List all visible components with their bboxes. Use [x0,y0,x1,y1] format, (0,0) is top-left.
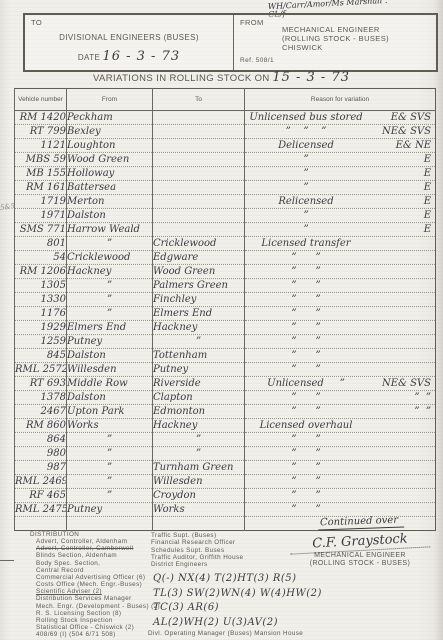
reason-cell: RelicensedE [245,195,436,209]
to-cell: Palmers Green [153,279,245,293]
col-vehicle-number: Vehicle number [15,89,67,111]
to-cell [153,181,245,195]
table-row: RT 693Middle RowRiversideUnlicensed ”NE&… [15,377,436,391]
from-cell: Battersea [67,181,153,195]
reason-cell: Unlicensed bus storedE& SVS [245,111,436,125]
table-row: RM 1420PeckhamUnlicensed bus storedE& SV… [15,111,436,125]
reason-text: ” [245,210,367,221]
list-item: Body Spec. Section, [36,560,160,567]
reason-text: ” ” [245,434,367,445]
from-label: FROM [240,18,264,27]
from-cell: Dalston [67,349,153,363]
reason-code: ” ” [367,406,435,417]
reason-code: ” ” [367,392,435,403]
table-row: 54CricklewoodEdgware” ” [15,251,436,265]
table-row: 1330”Finchley” ” [15,293,436,307]
from-cell: Putney [67,503,153,517]
vehicle-number-cell: RF 465 [15,489,67,503]
list-item: TL(3) SW(2)WN(4) W(4)HW(2) [153,587,322,602]
list-item: Advert, Controller, Aldenham [36,538,160,545]
signature-role-2: (ROLLING STOCK - BUSES) [290,560,430,567]
from-cell: Dalston [67,391,153,405]
reason-text: ” ” [245,322,367,333]
table-row: 980””” ” [15,447,436,461]
col-to: To [153,89,245,111]
from-cell: Peckham [67,111,153,125]
to-cell: ” [153,447,245,461]
reason-cell: ” ” [245,293,436,307]
from-cell: Dalston [67,209,153,223]
from-cell: Loughton [67,139,153,153]
reason-cell: ” ” [245,363,436,377]
from-cell: Harrow Weald [67,223,153,237]
reason-text: Licensed overhaul [245,420,367,431]
table-body: RM 1420PeckhamUnlicensed bus storedE& SV… [15,111,436,531]
vehicle-number-cell: 845 [15,349,67,363]
reason-cell: ” ” [245,251,436,265]
reason-code: E [367,154,435,165]
vehicle-number-cell: 801 [15,237,67,251]
date-value: 16 - 3 - 73 [102,49,180,64]
to-cell: Edgware [153,251,245,265]
form-title-text: VARIATIONS IN ROLLING STOCK ON [93,73,270,84]
reason-cell: Unlicensed ”NE& SVS [245,377,436,391]
list-item: Advert, Controller, Camberwell [36,545,160,552]
bottom-cutoff-line: Divl. Operating Manager (Buses) Mansion … [148,630,303,637]
reason-code: NE& SVS [367,126,435,137]
to-cell: Turnham Green [153,461,245,475]
list-item: Distribution Services Manager [36,595,160,602]
reason-text: ” ” [245,392,367,403]
from-cell: ” [67,433,153,447]
table-row: 1719MertonRelicensedE [15,195,436,209]
reason-text: ” [245,182,367,193]
list-item: MECHANICAL ENGINEER [282,25,389,34]
reason-cell: ” ” [245,279,436,293]
list-item: Blinds Section, Aldenham [36,552,160,559]
reason-text: ” ” [245,308,367,319]
from-cell: Bexley [67,125,153,139]
to-cell [153,209,245,223]
reason-code: E [367,168,435,179]
reason-text: ” ” [245,266,367,277]
vehicle-number-cell: MBS 59 [15,153,67,167]
from-cell: ” [67,279,153,293]
table-row: 864””” ” [15,433,436,447]
reason-text: Unlicensed ” [245,378,367,389]
from-cell: Works [67,419,153,433]
to-cell: Willesden [153,475,245,489]
variations-table: Vehicle number From To Reason for variat… [14,88,436,531]
vehicle-number-cell: 1971 [15,209,67,223]
to-cell: Edmonton [153,405,245,419]
vehicle-number-cell: 1305 [15,279,67,293]
reason-code: E& SVS [367,112,435,123]
signature: C.F. Graystock [290,530,431,554]
reason-cell: ” ” [245,447,436,461]
from-cell: ” [67,489,153,503]
table-row: 801”CricklewoodLicensed transfer [15,237,436,251]
list-item: Costs Office (Mech. Engr.-Buses) [36,581,160,588]
vehicle-number-cell: 864 [15,433,67,447]
to-cell [153,139,245,153]
reason-cell: ” ” [245,307,436,321]
to-cell: Wood Green [153,265,245,279]
table-row: 1305”Palmers Green” ” [15,279,436,293]
vehicle-number-cell: RM 161 [15,181,67,195]
table-row: 2467Upton ParkEdmonton” ”” ” [15,405,436,419]
scanned-form-page: WH/Carr/Amor/Ms Marshall . CL/f TO DIVIS… [0,0,443,640]
vehicle-number-cell: 987 [15,461,67,475]
reason-cell: ” ” [245,265,436,279]
reason-code: E [367,182,435,193]
form-title-date: 15 - 3 - 73 [272,70,350,85]
garage-codes: Q(-) NX(4) T(2)HT(3) R(5)TL(3) SW(2)WN(4… [153,572,322,630]
to-cell: ” [153,433,245,447]
from-cell: Putney [67,335,153,349]
to-cell: Finchley [153,293,245,307]
list-item: District Engineers [151,561,243,568]
to-cell [153,125,245,139]
vehicle-number-cell: SMS 771 [15,223,67,237]
vehicle-number-cell: 2467 [15,405,67,419]
reason-cell: ”E [245,153,436,167]
from-cell: Upton Park [67,405,153,419]
vehicle-number-cell: RML 2469 [15,475,67,489]
table-row: RT 799Bexley” ” ”NE& SVS [15,125,436,139]
reason-text: ” [245,168,367,179]
reason-cell: ” ” [245,335,436,349]
table-row: 1378DalstonClapton” ”” ” [15,391,436,405]
form-title: VARIATIONS IN ROLLING STOCK ON 15 - 3 - … [0,70,443,85]
reason-cell: ” ” [245,349,436,363]
reason-cell: ” ” ”NE& SVS [245,125,436,139]
from-cell: Wood Green [67,153,153,167]
reason-cell: ” ” [245,503,436,517]
table-row: RM 1206HackneyWood Green” ” [15,265,436,279]
reason-cell: ” ”” ” [245,405,436,419]
header-from-cell: FROM MECHANICAL ENGINEER(ROLLING STOCK -… [234,15,436,70]
to-cell: ” [153,335,245,349]
reason-text: Unlicensed bus stored [245,112,367,123]
date-line: DATE 16 - 3 - 73 [25,49,233,64]
from-cell: Middle Row [67,377,153,391]
table-row: RML 2469”Willesden” ” [15,475,436,489]
table-row: 1121LoughtonDelicensedE& NE [15,139,436,153]
to-cell [153,195,245,209]
table-row: RF 465”Croydon” ” [15,489,436,503]
table-row: RM 860WorksHackneyLicensed overhaul [15,419,436,433]
reason-text: ” ” [245,294,367,305]
distribution-items: Advert, Controller, AldenhamAdvert, Cont… [36,538,160,638]
list-item: Mech. Engr. (Development - Buses) (2) [36,603,160,610]
to-cell: Clapton [153,391,245,405]
reason-text: ” ” [245,252,367,263]
col-reason: Reason for variation [245,89,436,111]
list-item: Financial Research Officer [151,539,243,546]
to-cell [153,517,245,531]
reason-cell: ” ” [245,433,436,447]
table-row: 1176”Elmers End” ” [15,307,436,321]
vehicle-number-cell: MB 155 [15,167,67,181]
from-cell: Merton [67,195,153,209]
reason-text: ” ” [245,280,367,291]
reason-code: E [367,196,435,207]
vehicle-number-cell: RM 1206 [15,265,67,279]
to-cell: Cricklewood [153,237,245,251]
list-item: Schedules Supt. Buses [151,547,243,554]
vehicle-number-cell: RT 693 [15,377,67,391]
reason-code: E [367,210,435,221]
table-row: RM 161Battersea”E [15,181,436,195]
list-item: Traffic Auditor, Griffith House [151,554,243,561]
left-margin-dash [0,560,14,561]
reason-text: ” [245,154,367,165]
reason-cell: Licensed overhaul [245,419,436,433]
reason-text: ” [245,224,367,235]
reason-text: ” ” [245,350,367,361]
reason-text: ” ” [245,504,367,515]
list-item: Scientific Adviser (2) [36,588,160,595]
to-cell: Elmers End [153,307,245,321]
reason-cell: ”E [245,181,436,195]
from-address: MECHANICAL ENGINEER(ROLLING STOCK - BUSE… [282,25,389,52]
vehicle-number-cell: RT 799 [15,125,67,139]
list-item: AL(2)WH(2) U(3)AV(2) [153,616,322,631]
reason-text: ” ” [245,448,367,459]
ref-number: Ref. 508/1 [240,57,274,64]
table-row: 1971Dalston”E [15,209,436,223]
table-row: MBS 59Wood Green”E [15,153,436,167]
to-cell [153,223,245,237]
reason-cell: ” ” [245,475,436,489]
reason-text: Delicensed [245,140,367,151]
list-item: (ROLLING STOCK - BUSES) [282,34,389,43]
table-row: SMS 771Harrow Weald”E [15,223,436,237]
to-cell: Croydon [153,489,245,503]
from-cell: Willesden [67,363,153,377]
reason-text: ” ” [245,406,367,417]
table-header-row: Vehicle number From To Reason for variat… [15,89,436,111]
vehicle-number-cell: RM 860 [15,419,67,433]
col-from: From [67,89,153,111]
from-cell [67,517,153,531]
list-item: TC(3) AR(6) [153,601,322,616]
reason-cell: ” ”” ” [245,391,436,405]
vehicle-number-cell: RM 1420 [15,111,67,125]
vehicle-number-cell: 1719 [15,195,67,209]
table-row: 1929Elmers EndHackney” ” [15,321,436,335]
from-cell: ” [67,307,153,321]
from-cell: ” [67,475,153,489]
list-item: Q(-) NX(4) T(2)HT(3) R(5) [153,572,322,587]
from-cell: Elmers End [67,321,153,335]
vehicle-number-cell: 1176 [15,307,67,321]
to-value: DIVISIONAL ENGINEERS (BUSES) [25,33,233,42]
reason-text: ” ” [245,462,367,473]
reason-text: Licensed transfer [245,238,367,249]
to-cell [153,153,245,167]
list-item: Rolling Stock Inspection [36,617,160,624]
to-cell: Riverside [153,377,245,391]
list-item: Commercial Advertising Officer (6) [36,574,160,581]
table-row: 1259Putney”” ” [15,335,436,349]
reason-cell: ” ” [245,321,436,335]
reason-text: Relicensed [245,196,367,207]
to-cell [153,167,245,181]
vehicle-number-cell: 1259 [15,335,67,349]
list-item: Statistical Office - Chiswick (2) [36,624,160,631]
reason-code: E& NE [367,140,435,151]
from-cell: ” [67,237,153,251]
table-row: RML 2572WillesdenPutney” ” [15,363,436,377]
reason-cell: Licensed transfer [245,237,436,251]
reason-cell: ” ” [245,489,436,503]
from-cell: ” [67,461,153,475]
to-cell: Works [153,503,245,517]
header-to-cell: TO DIVISIONAL ENGINEERS (BUSES) DATE 16 … [25,15,234,70]
reason-code: NE& SVS [367,378,435,389]
table-row: 845DalstonTottenham” ” [15,349,436,363]
recipients-list: Traffic Supt. (Buses)Financial Research … [151,532,243,568]
reason-code: E [367,224,435,235]
vehicle-number-cell: 1378 [15,391,67,405]
from-cell: Hackney [67,265,153,279]
from-cell: Holloway [67,167,153,181]
list-item: R. S. Licensing Section (8) [36,610,160,617]
reason-cell: ”E [245,167,436,181]
vehicle-number-cell: 1330 [15,293,67,307]
to-label: TO [31,18,42,27]
reason-text: ” ” [245,336,367,347]
vehicle-number-cell: 1929 [15,321,67,335]
reason-text: ” ” [245,476,367,487]
reason-text: ” ” [245,364,367,375]
signature-block: C.F. Graystock MECHANICAL ENGINEER (ROLL… [290,534,430,567]
from-cell: ” [67,293,153,307]
vehicle-number-cell: RML 2572 [15,363,67,377]
list-item: Central Record [36,567,160,574]
to-cell: Hackney [153,419,245,433]
from-cell: ” [67,447,153,461]
distribution-list: DISTRIBUTION Advert, Controller, Aldenha… [36,531,160,638]
reason-cell: ” ” [245,461,436,475]
table-row: RML 2475PutneyWorks” ” [15,503,436,517]
vehicle-number-cell: 54 [15,251,67,265]
date-label: DATE [78,53,100,62]
distribution-title: DISTRIBUTION [30,531,160,538]
reason-cell: ”E [245,209,436,223]
to-cell: Hackney [153,321,245,335]
reason-cell: DelicensedE& NE [245,139,436,153]
table-row: MB 155Holloway”E [15,167,436,181]
table-row: 987”Turnham Green” ” [15,461,436,475]
reason-cell: ”E [245,223,436,237]
list-item: 408/69 (I) (504 6/71 508) [36,631,160,638]
vehicle-number-cell [15,517,67,531]
vehicle-number-cell: 1121 [15,139,67,153]
from-cell: Cricklewood [67,251,153,265]
to-cell: Putney [153,363,245,377]
reason-text: ” ” ” [245,126,367,137]
vehicle-number-cell: 980 [15,447,67,461]
list-item: CHISWICK [282,43,389,52]
vehicle-number-cell: RML 2475 [15,503,67,517]
reason-text: ” ” [245,490,367,501]
to-cell [153,111,245,125]
header-box: TO DIVISIONAL ENGINEERS (BUSES) DATE 16 … [23,13,438,72]
list-item: Traffic Supt. (Buses) [151,532,243,539]
to-cell: Tottenham [153,349,245,363]
